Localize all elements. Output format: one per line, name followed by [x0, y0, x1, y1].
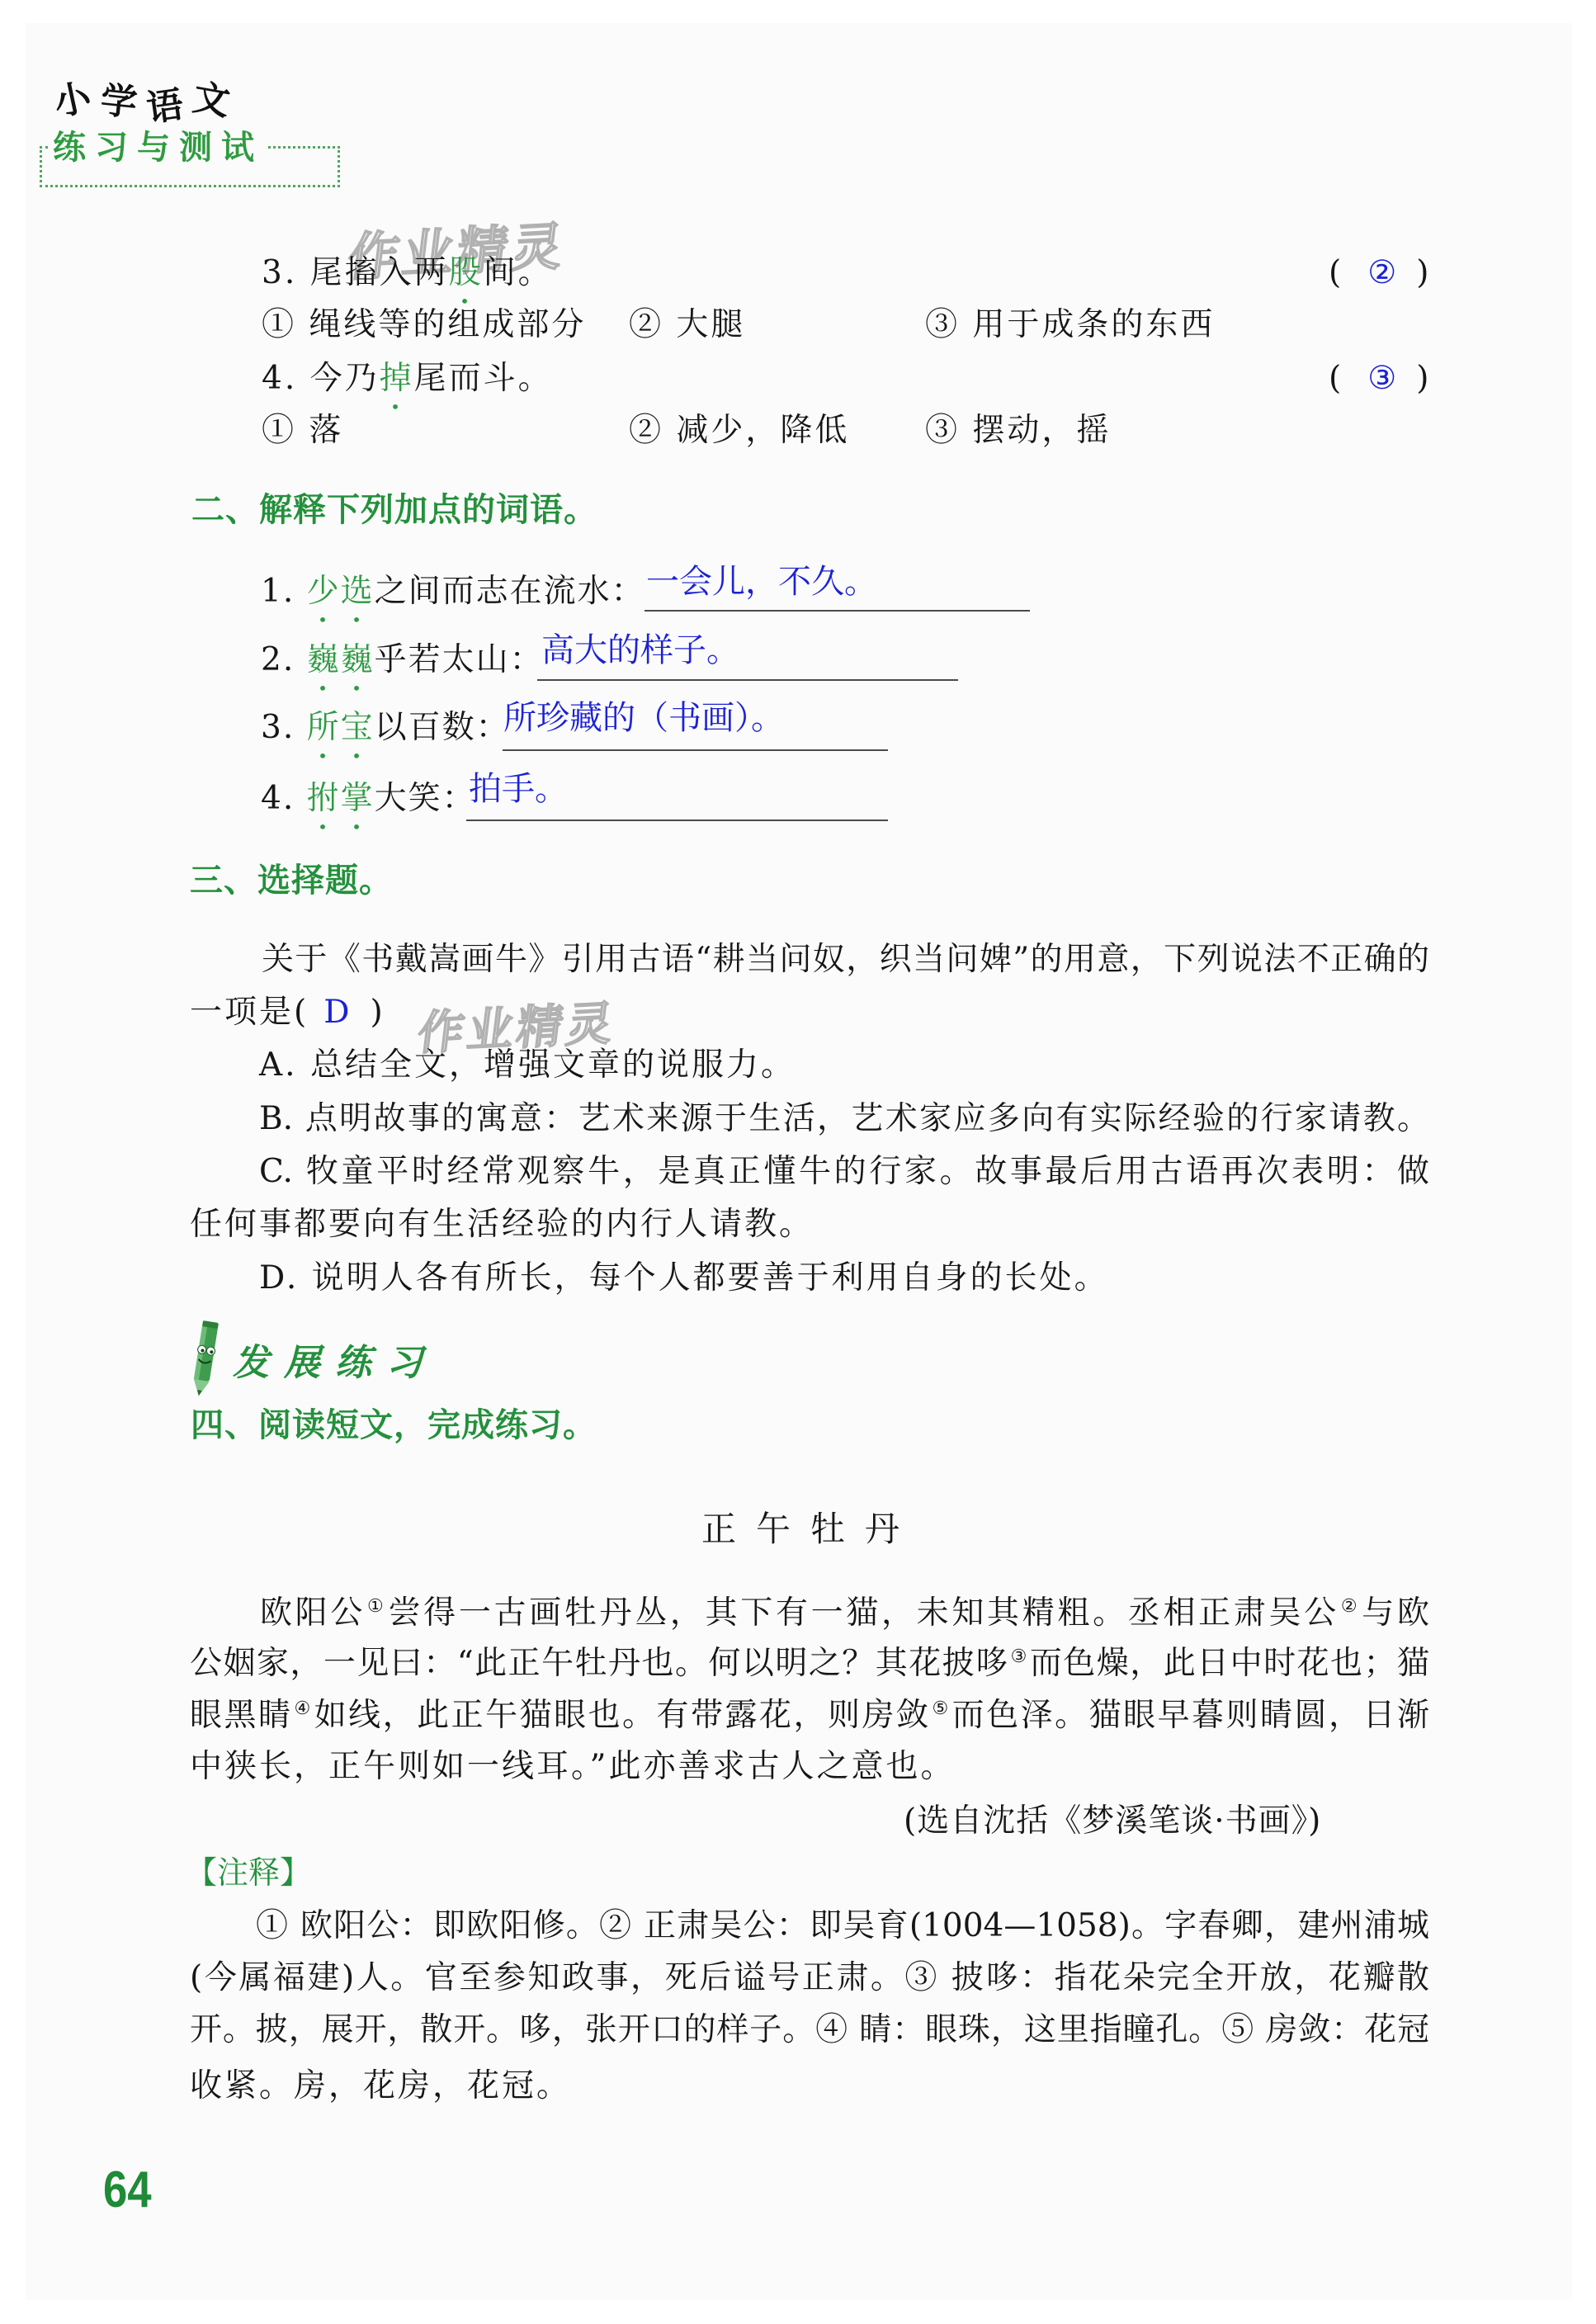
page-number: 64 [103, 2164, 152, 2217]
section-heading-3: 三、选择题。 [190, 860, 393, 901]
notes-label: 【注释】 [186, 1852, 311, 1893]
answer-text: 所珍藏的（书画）。 [503, 697, 784, 739]
note-line: (今属福建)人。官至参知政事，死后谥号正肃。③ 披哆：指花朵完全开放，花瓣散 [190, 1958, 1429, 1999]
item-text: 之间而志在流水： [375, 573, 645, 610]
option: ③ 摆动，摇 [925, 410, 1111, 451]
answer-text: 高大的样子。 [541, 630, 739, 671]
passage-text: 眼黑睛 [190, 1697, 292, 1734]
passage-text: 尝得一古画牡丹丛，其下有一猫，未知其精粗。丞相正肃吴公 [388, 1594, 1339, 1632]
paren-close: ) [371, 994, 385, 1031]
choice-question-line: 关于《书戴嵩画牛》引用古语“耕当问奴，织当问婢”的用意，下列说法不正确的 [262, 939, 1429, 980]
item-text: 以百数： [375, 709, 510, 746]
emphasized-character: 掉 [380, 360, 414, 397]
passage-source: (选自沈括《梦溪笔谈·书画》) [904, 1801, 1321, 1842]
emphasized-word: 巍巍 [307, 641, 375, 678]
paren-open: ( [1329, 253, 1341, 294]
answer-paren-q3[interactable]: (②) [1329, 253, 1428, 294]
development-practice-banner: 发展练习 [233, 1343, 437, 1384]
option: ② 减少，降低 [629, 410, 849, 451]
note-line: 收紧。房，花房，花冠。 [190, 2066, 571, 2107]
emphasized-word: 拊掌 [307, 780, 375, 817]
item-number: 3. [261, 709, 295, 746]
blank-underline [537, 679, 958, 681]
emphasized-character: 股 [449, 254, 484, 291]
question-4: 4. 今乃掉尾而斗。 [262, 358, 553, 399]
explain-item-4: 4. 拊掌大笑： [261, 778, 476, 820]
question-text: 一项是( [190, 994, 309, 1031]
question-text: 尾搐入两 [310, 254, 449, 291]
question-3: 3. 尾搐入两股间。 [262, 253, 553, 294]
passage-line: 眼黑睛④如线，此正午猫眼也。有带露花，则房敛⑤而色泽。猫眼早暮则睛圆，日渐 [190, 1695, 1429, 1736]
series-title-char: 文 [190, 78, 233, 124]
question-text: 今乃 [310, 360, 380, 397]
note-line: 开。披，展开，散开。哆，张开口的样子。④ 睛：眼珠，这里指瞳孔。⑤ 房敛：花冠 [190, 2010, 1429, 2051]
option: ① 绳线等的组成部分 [262, 305, 586, 346]
blank-underline [503, 749, 888, 751]
passage-text: 如线，此正午猫眼也。有带露花，则房敛 [314, 1697, 931, 1734]
option: ① 落 [262, 410, 343, 451]
passage-text: 欧阳公 [260, 1594, 366, 1632]
question-number: 4. [262, 360, 297, 397]
question-number: 3. [262, 254, 297, 291]
choice-option-d: D. 说明人各有所长，每个人都要善于利用自身的长处。 [259, 1258, 1109, 1299]
workbook-page-canvas: 小 学 语 文 练习与测试 作业精灵 作业精灵 3. 尾搐入两股间。 (②) ①… [0, 0, 1596, 2324]
choice-question-line: 一项是(D) [190, 992, 385, 1033]
answer-paren[interactable]: D) [309, 994, 385, 1031]
footnote-marker: ② [1341, 1596, 1360, 1617]
choice-option-b: B. 点明故事的寓意：艺术来源于生活，艺术家应多向有实际经验的行家请教。 [259, 1098, 1429, 1140]
explain-item-2: 2. 巍巍乎若太山： [261, 640, 544, 681]
footnote-marker: ④ [294, 1698, 312, 1719]
answer-value: ② [1367, 253, 1396, 294]
item-text: 乎若太山： [375, 641, 544, 678]
passage-line: 中狭长，正午则如一线耳。”此亦善求古人之意也。 [190, 1746, 955, 1788]
explain-item-3: 3. 所宝以百数： [261, 707, 510, 749]
item-number: 1. [261, 573, 295, 610]
blank-underline [645, 610, 1030, 612]
series-title-char: 语 [144, 85, 186, 130]
option: ③ 用于成条的东西 [925, 305, 1215, 346]
book-title: 练习与测试 [50, 129, 267, 167]
answer-value: ③ [1367, 358, 1396, 399]
item-number: 2. [261, 641, 295, 678]
pencil-mascot-icon [188, 1319, 221, 1398]
answer-value: D [323, 994, 352, 1031]
footnote-marker: ① [367, 1596, 386, 1617]
passage-line: 公姻家，一见曰：“此正午牡丹也。何以明之？其花披哆③而色燥，此日中时花也；猫 [190, 1643, 1429, 1684]
passage-text: 而色泽。猫眼早暮则睛圆，日渐 [952, 1697, 1429, 1734]
item-text: 大笑： [375, 780, 476, 817]
blank-underline [466, 820, 888, 821]
note-line: ① 欧阳公：即欧阳修。② 正肃吴公：即吴育(1004—1058)。字春卿，建州浦… [256, 1906, 1429, 1947]
explain-item-1: 1. 少选之间而志在流水： [261, 571, 645, 612]
emphasized-word: 所宝 [307, 709, 375, 746]
footnote-marker: ⑤ [932, 1698, 950, 1719]
option: ② 大腿 [629, 305, 745, 346]
passage-title: 正午牡丹 [701, 1509, 919, 1550]
choice-option-c: C. 牧童平时经常观察牛，是真正懂牛的行家。故事最后用古语再次表明：做 [259, 1151, 1429, 1193]
passage-text: 与欧 [1362, 1594, 1429, 1632]
paren-open: ( [1329, 358, 1341, 399]
passage-text: 中狭长，正午则如一线耳。”此亦善求古人之意也。 [190, 1748, 955, 1785]
footnote-marker: ③ [1011, 1646, 1028, 1667]
question-text: 间。 [484, 254, 553, 291]
series-title-char: 学 [99, 81, 139, 124]
choice-option-a: A. 总结全文，增强文章的说服力。 [259, 1045, 796, 1086]
paren-close: ) [1416, 253, 1428, 294]
passage-text: 而色燥，此日中时花也；猫 [1030, 1645, 1429, 1682]
choice-option-c-continued: 任何事都要向有生活经验的内行人请教。 [190, 1204, 814, 1245]
item-number: 4. [261, 780, 295, 817]
section-heading-4: 四、阅读短文，完成练习。 [191, 1405, 597, 1446]
section-heading-2: 二、解释下列加点的词语。 [191, 489, 597, 531]
answer-text: 拍手。 [469, 768, 568, 810]
passage-text: 公姻家，一见曰：“此正午牡丹也。何以明之？其花披哆 [190, 1645, 1009, 1682]
question-text: 尾而斗。 [414, 360, 553, 397]
emphasized-word: 少选 [307, 573, 375, 610]
paren-close: ) [1416, 358, 1428, 399]
answer-paren-q4[interactable]: (③) [1329, 358, 1428, 399]
passage-line: 欧阳公①尝得一古画牡丹丛，其下有一猫，未知其精粗。丞相正肃吴公②与欧 [260, 1593, 1429, 1634]
answer-text: 一会儿，不久。 [646, 561, 877, 602]
